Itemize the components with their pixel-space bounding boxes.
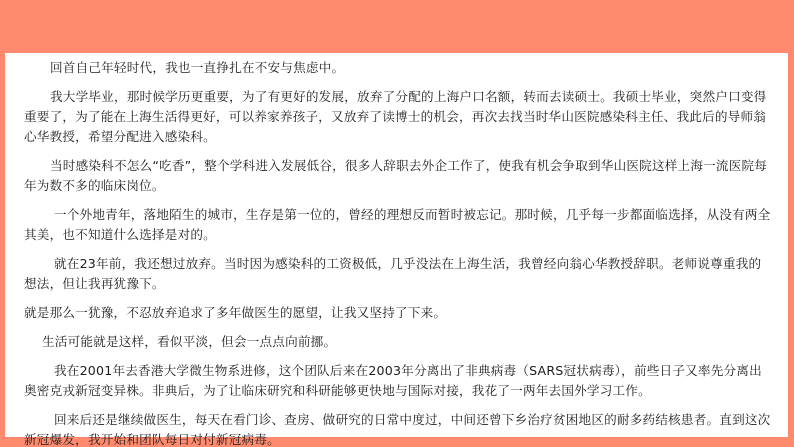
paragraph-9: 回来后还是继续做医生，每天在看门诊、查房、做研究的日常中度过，中间还曾下乡治疗贫… — [24, 410, 772, 447]
text-panel: 回首自己年轻时代，我也一直挣扎在不安与焦虑中。 我大学毕业，那时候学历更重要，为… — [5, 53, 788, 437]
paragraph-3: 当时感染科不怎么“吃香”，整个学科进入发展低谷，很多人辞职去外企工作了，使我有机… — [24, 156, 772, 196]
paragraph-5: 就在23年前，我还想过放弃。当时因为感染科的工资极低，几乎没法在上海生活，我曾经… — [24, 254, 772, 294]
paragraph-6: 就是那么一犹豫，不忍放弃追求了多年做医生的愿望，让我又坚持了下来。 — [24, 303, 772, 323]
paragraph-2: 我大学毕业，那时候学历更重要，为了有更好的发展，放弃了分配的上海户口名额，转而去… — [24, 87, 772, 147]
paragraph-7: 生活可能就是这样，看似平淡，但会一点点向前挪。 — [24, 332, 772, 352]
paragraph-4: 一个外地青年，落地陌生的城市，生存是第一位的，曾经的理想反而暂时被忘记。那时候，… — [24, 205, 772, 245]
paragraph-1: 回首自己年轻时代，我也一直挣扎在不安与焦虑中。 — [24, 58, 772, 78]
paragraph-8: 我在2001年去香港大学微生物系进修，这个团队后来在2003年分离出了非典病毒（… — [24, 361, 772, 401]
